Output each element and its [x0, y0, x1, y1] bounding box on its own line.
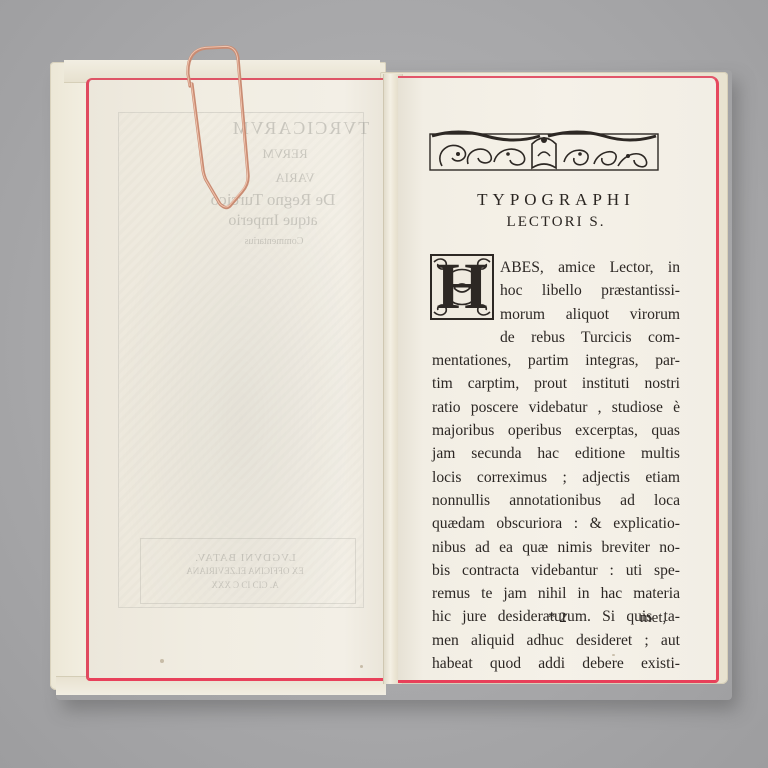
text-line: nibus ad ea quæ nimis breviter no-: [432, 536, 680, 559]
page-heading: TYPOGRAPHI: [400, 190, 712, 210]
signature-mark: * 2: [548, 610, 567, 627]
initial-letter: H: [430, 254, 494, 320]
text-line: nonnullis annotationibus ad loca: [432, 489, 680, 512]
text-line: quædam obscuriora : & explicatio-: [432, 512, 680, 535]
ghost-title-line: De Regno Turcico: [178, 190, 368, 210]
text-line: locis correximus ; adjectis etiam: [432, 466, 680, 489]
ghost-title-line: TVRCICARVM: [230, 118, 370, 139]
ghost-title-line: atque Imperio: [188, 212, 358, 230]
show-through-engraving: [118, 112, 364, 608]
text-line: tim carptim, prout instituti nostri: [432, 372, 680, 395]
ghost-title-line: VARIA: [250, 170, 340, 186]
page-subheading: LECTORI S.: [400, 214, 712, 231]
foxing-speck: [612, 654, 615, 656]
ornamental-headpiece-icon: [428, 126, 660, 176]
text-line: men aliquid adhuc desideret ; aut: [432, 629, 680, 652]
catchword: met,: [640, 610, 666, 627]
ghost-plaque-line: EX OFFICINA ELZEVIRIANA: [150, 566, 340, 576]
ghost-title-line: RERVM: [230, 146, 340, 162]
text-line: majoribus operibus excerptas, quas: [432, 419, 680, 442]
foxing-speck: [360, 665, 363, 668]
ghost-plaque-line: A. CIƆ IƆ C XXX: [150, 580, 340, 590]
text-line: de rebus Turcicis com-: [432, 326, 680, 349]
text-line: mentationes, partim integras, par-: [432, 349, 680, 372]
text-line: remus te jam nihil in hac materia: [432, 582, 680, 605]
ghost-plaque-line: LVGDVNI BATAV.: [150, 552, 340, 564]
text-line: ratio poscere videbatur , studiose è: [432, 396, 680, 419]
text-line: jam secunda hac editione multis: [432, 442, 680, 465]
foxing-speck: [160, 659, 164, 663]
text-line: habeat quod addi debere existi-: [432, 652, 680, 675]
ghost-title-line: Commentarius: [214, 236, 334, 247]
text-line: bis contracta videbantur : uti spe-: [432, 559, 680, 582]
decorated-initial: H: [430, 254, 494, 320]
